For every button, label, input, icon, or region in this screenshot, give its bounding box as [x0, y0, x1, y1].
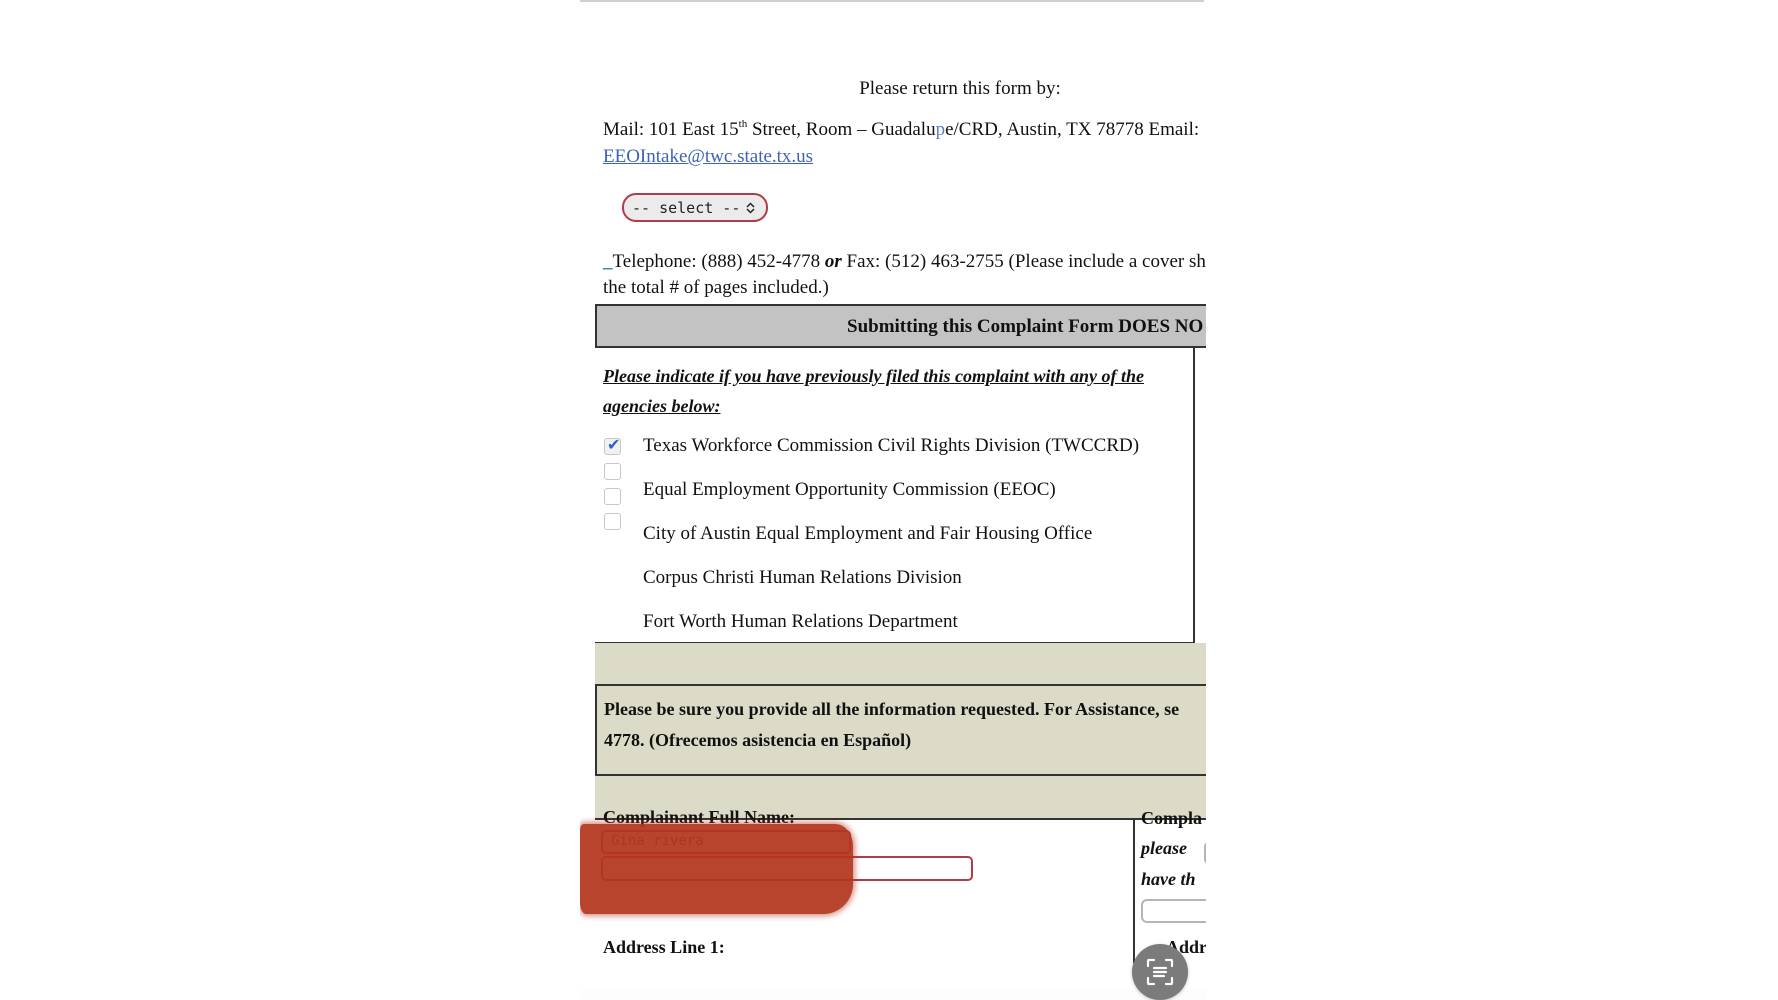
telephone-underscore: _	[603, 251, 613, 272]
mail-prefix: Mail: 101 East 15	[603, 119, 739, 140]
mail-address: Mail: 101 East 15th Street, Room – Guada…	[603, 119, 1199, 141]
telephone-fax-info: _Telephone: (888) 452-4778 or Fax: (512)…	[603, 249, 1206, 301]
select-value: -- select --	[632, 199, 740, 217]
checkbox-twccrd[interactable]: ✔	[604, 438, 621, 455]
agency-label-eeoc: Equal Employment Opportunity Commission …	[643, 479, 1056, 501]
assistance-info-box: Please be sure you provide all the infor…	[595, 684, 1206, 776]
checkbox-city-of-austin[interactable]	[604, 513, 621, 530]
agency-label-twccrd: Texas Workforce Commission Civil Rights …	[643, 435, 1139, 457]
checkbox-eeoc[interactable]	[604, 488, 621, 505]
telephone-line2: the total # of pages included.)	[603, 277, 829, 298]
address-line1-label: Address Line 1:	[603, 937, 725, 958]
mail-middle: Street, Room – Guadalu	[747, 119, 935, 140]
notice-header-text: Submitting this Complaint Form DOES NO	[847, 316, 1203, 338]
redaction-scribble	[580, 824, 853, 914]
mail-superscript: th	[739, 118, 748, 130]
right-column-small-input[interactable]	[1204, 841, 1206, 865]
return-title: Please return this form by:	[580, 78, 1206, 100]
right-column-label: Compla	[1141, 808, 1202, 829]
up-down-chevron-icon	[746, 202, 755, 214]
column-divider	[1133, 818, 1135, 963]
right-column-italic-2: have th	[1141, 869, 1196, 890]
checkmark-icon: ✔	[607, 435, 620, 454]
notice-header: Submitting this Complaint Form DOES NO	[595, 304, 1206, 348]
mail-suffix: e/CRD, Austin, TX 78778 Email:	[945, 119, 1199, 140]
mail-highlight: p	[936, 119, 946, 140]
complaint-form-page: Please return this form by: Mail: 101 Ea…	[580, 0, 1206, 1000]
agency-label-fort-worth: Fort Worth Human Relations Department	[643, 611, 958, 633]
scan-text-icon	[1145, 957, 1175, 987]
agency-label-corpus-christi: Corpus Christi Human Relations Division	[643, 567, 962, 589]
email-link[interactable]: EEOIntake@twc.state.tx.us	[603, 146, 813, 168]
right-column-italic-1: please	[1141, 838, 1187, 859]
scan-text-button[interactable]	[1132, 944, 1188, 1000]
agency-select[interactable]: -- select --	[622, 193, 768, 222]
telephone-text: Telephone: (888) 452-4778	[613, 251, 825, 272]
info-line2: 4778. (Ofrecemos asistencia en Español)	[604, 730, 911, 750]
top-rule	[580, 0, 1204, 2]
info-line1: Please be sure you provide all the infor…	[604, 699, 1179, 719]
checkbox-extra[interactable]	[604, 463, 621, 480]
agency-label-city-of-austin: City of Austin Equal Employment and Fair…	[643, 523, 1092, 545]
right-column-input[interactable]	[1141, 899, 1206, 923]
bottom-fade	[580, 990, 1206, 1000]
fax-text: Fax: (512) 463-2755 (Please include a co…	[842, 251, 1206, 272]
agencies-prompt: Please indicate if you have previously f…	[603, 361, 1183, 421]
telephone-or: or	[825, 251, 842, 272]
